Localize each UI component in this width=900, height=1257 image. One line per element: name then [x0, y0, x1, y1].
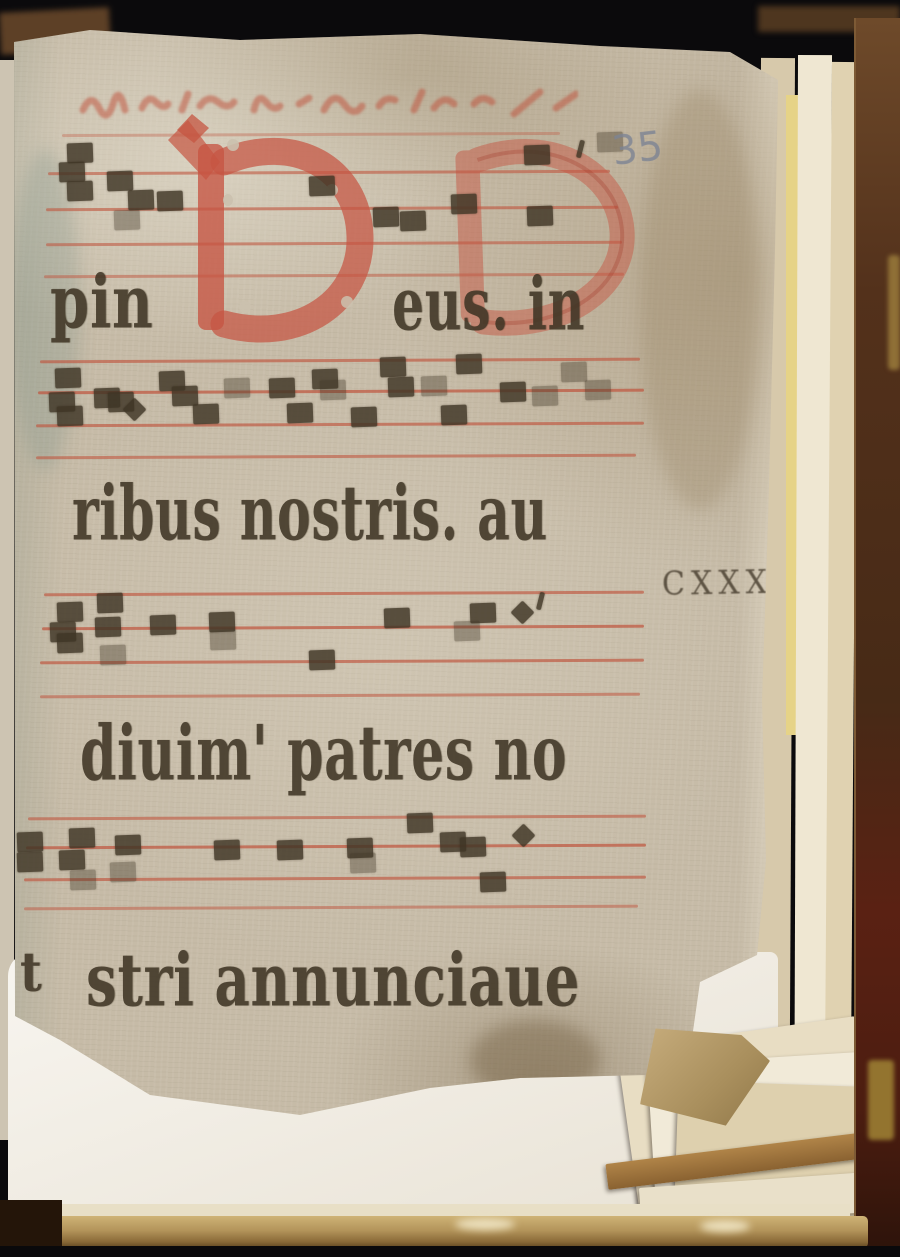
music-note [70, 870, 97, 891]
music-note [269, 378, 296, 399]
music-note [388, 377, 415, 398]
music-note [107, 171, 134, 192]
music-note [350, 853, 377, 874]
music-note [277, 840, 304, 861]
backdrop-bottom [0, 1246, 900, 1257]
music-note [115, 835, 142, 856]
gilt-glint [888, 255, 900, 370]
music-note [380, 357, 407, 378]
music-note [67, 181, 94, 202]
music-note [480, 872, 507, 893]
music-note [524, 145, 551, 166]
gilt-shine [455, 1218, 515, 1230]
music-note [17, 852, 44, 873]
music-note [287, 403, 314, 424]
music-note [500, 382, 527, 403]
music-note [67, 143, 94, 164]
music-note [441, 405, 468, 426]
music-note [57, 406, 84, 427]
music-note [172, 386, 199, 407]
music-note [400, 211, 427, 232]
music-note [95, 617, 122, 638]
music-note [470, 603, 497, 624]
music-note [451, 194, 478, 215]
music-note [59, 850, 86, 871]
gilt-shine [700, 1220, 750, 1232]
music-note [585, 380, 612, 401]
music-note [128, 190, 155, 211]
music-note [100, 645, 127, 666]
music-note [57, 633, 84, 654]
music-note [210, 630, 237, 651]
chant-text: stri annunciaue [86, 936, 580, 1023]
music-note [69, 828, 96, 849]
music-note [527, 206, 554, 227]
music-note [373, 207, 400, 228]
music-note [17, 832, 44, 853]
music-note [97, 593, 124, 614]
music-note [157, 191, 184, 212]
music-note [150, 615, 177, 636]
music-note [454, 621, 481, 642]
initial-letter-D [156, 110, 386, 355]
music-note [460, 837, 487, 858]
music-note [59, 162, 86, 183]
music-note [309, 650, 336, 671]
music-note [55, 368, 82, 389]
music-note [384, 608, 411, 629]
music-note [193, 404, 220, 425]
music-note [561, 362, 588, 383]
music-note [214, 840, 241, 861]
music-note [57, 602, 84, 623]
music-note [224, 378, 251, 399]
manuscript-photo: pineus. inribus nostris. audiuim' patres… [0, 0, 900, 1257]
chant-text: pin [50, 258, 154, 345]
music-note [407, 813, 434, 834]
chant-text: t [20, 940, 43, 1004]
chant-text: eus. in [392, 260, 585, 347]
chant-text: ribus nostris. au [72, 468, 548, 557]
music-note [532, 386, 559, 407]
gilt-glint [868, 1060, 894, 1140]
folio-number-pencil: 35 [609, 123, 665, 175]
music-note [351, 407, 378, 428]
music-note [110, 862, 137, 883]
music-note [320, 380, 347, 401]
music-note [309, 176, 336, 197]
music-note [421, 376, 448, 397]
music-note [456, 354, 483, 375]
chant-text: diuim' patres no [80, 708, 567, 797]
music-note [114, 210, 141, 231]
